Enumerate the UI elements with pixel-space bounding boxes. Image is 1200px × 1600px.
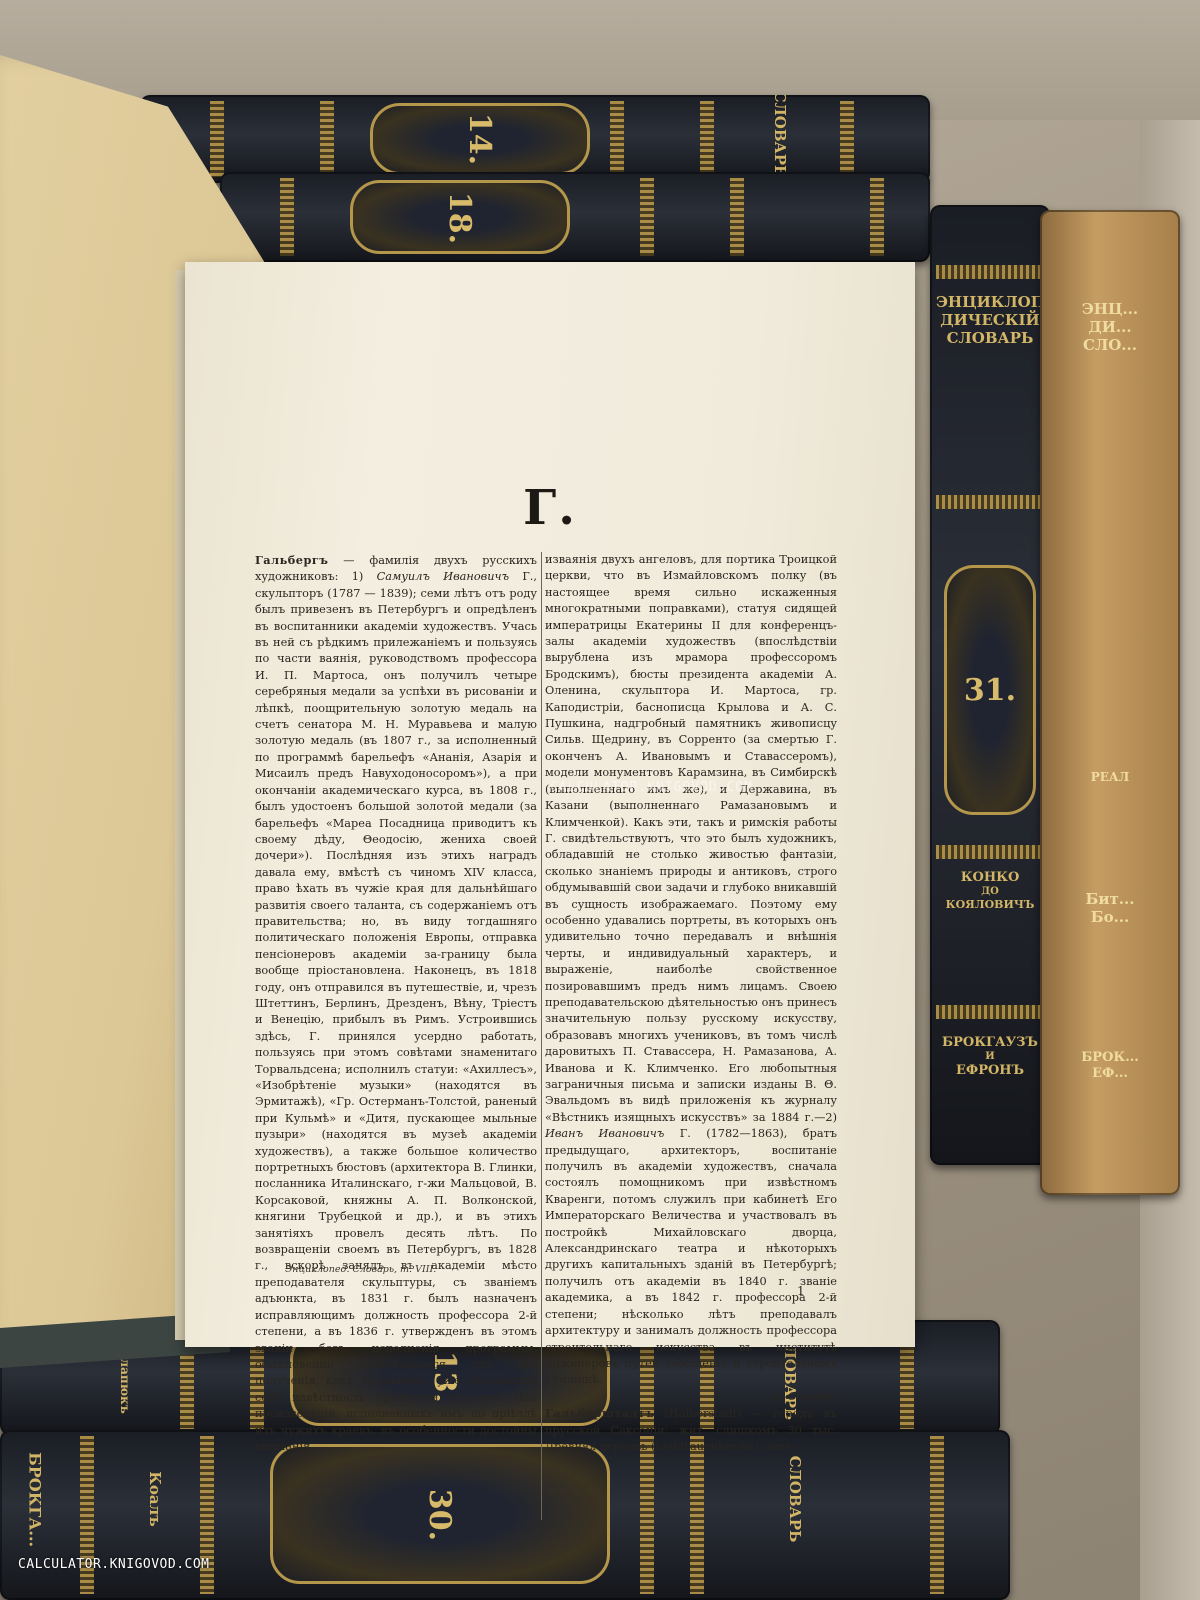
entry-headword: Гальбергъ — [255, 553, 328, 567]
spine-publisher: БРОКГА... — [25, 1445, 44, 1555]
book-spine-tan: ЭНЦ... ДИ... СЛО... РЕАЛ Бит... Бо... БР… — [1040, 210, 1180, 1195]
section-letter-heading: Г. — [185, 480, 915, 536]
page-footer-signature: Энциклопед. Словарь, т. VIII. — [285, 1264, 436, 1275]
photo-scene: 14. СЛОВАРЬ 18. ЭНЦИКЛОПЕ- ДИЧЕСКІЙ СЛОВ… — [0, 0, 1200, 1600]
encyclopedia-page: Г. Гальбергъ — фамилія двухъ русскихъ ху… — [185, 262, 915, 1347]
text-column-right: изваянія двухъ ангеловъ, для портика Тро… — [545, 552, 837, 1455]
spine-publisher: БРОКГАУЗЪ И ЕФРОНЪ — [936, 1035, 1044, 1078]
spine-volume-range: Коалъ — [146, 1444, 164, 1554]
spine-publisher: БРОК... ЕФ... — [1050, 1050, 1170, 1081]
spine-volume-range: КОНКО ДО КОЯЛОВИЧЪ — [936, 870, 1044, 911]
book-spine-volume-18: 18. — [220, 172, 930, 262]
book-spine-volume-31: ЭНЦИКЛОПЕ- ДИЧЕСКІЙ СЛОВАРЬ 31. КОНКО ДО… — [930, 205, 1050, 1165]
spine-title: ЭНЦИКЛОПЕ- ДИЧЕСКІЙ СЛОВАРЬ — [936, 293, 1044, 347]
spine-title: СЛОВАРЬ — [771, 95, 789, 183]
volume-number: 14. — [456, 99, 504, 179]
column-divider — [541, 552, 542, 1520]
volume-number: 18. — [436, 178, 484, 258]
author-signature: А. Сомовъ. — [545, 1389, 837, 1405]
volume-number: 30. — [410, 1465, 470, 1565]
volume-number: 31. — [950, 665, 1030, 715]
spine-emblem: РЕАЛ — [1050, 770, 1170, 784]
spine-volume-range: Бит... Бо... — [1050, 890, 1170, 926]
watermark: CALCULATOR.KNIGOVOD.COM — [18, 1557, 210, 1572]
watermark-overlay: CALCULATOR.KNIGOVOD.COM — [550, 780, 753, 795]
page-number: 1 — [797, 1284, 805, 1298]
book-spine-volume-14: 14. СЛОВАРЬ — [140, 95, 930, 183]
book-spine-volume-30: 30. Коалъ БРОКГА... СЛОВАРЬ — [0, 1430, 1010, 1600]
spine-title: ЭНЦ... ДИ... СЛО... — [1050, 300, 1170, 354]
entry-headword: Гальберштадтъ — [545, 1406, 655, 1420]
text-column-left: Гальбергъ — фамилія двухъ русскихъ худож… — [255, 552, 537, 1455]
